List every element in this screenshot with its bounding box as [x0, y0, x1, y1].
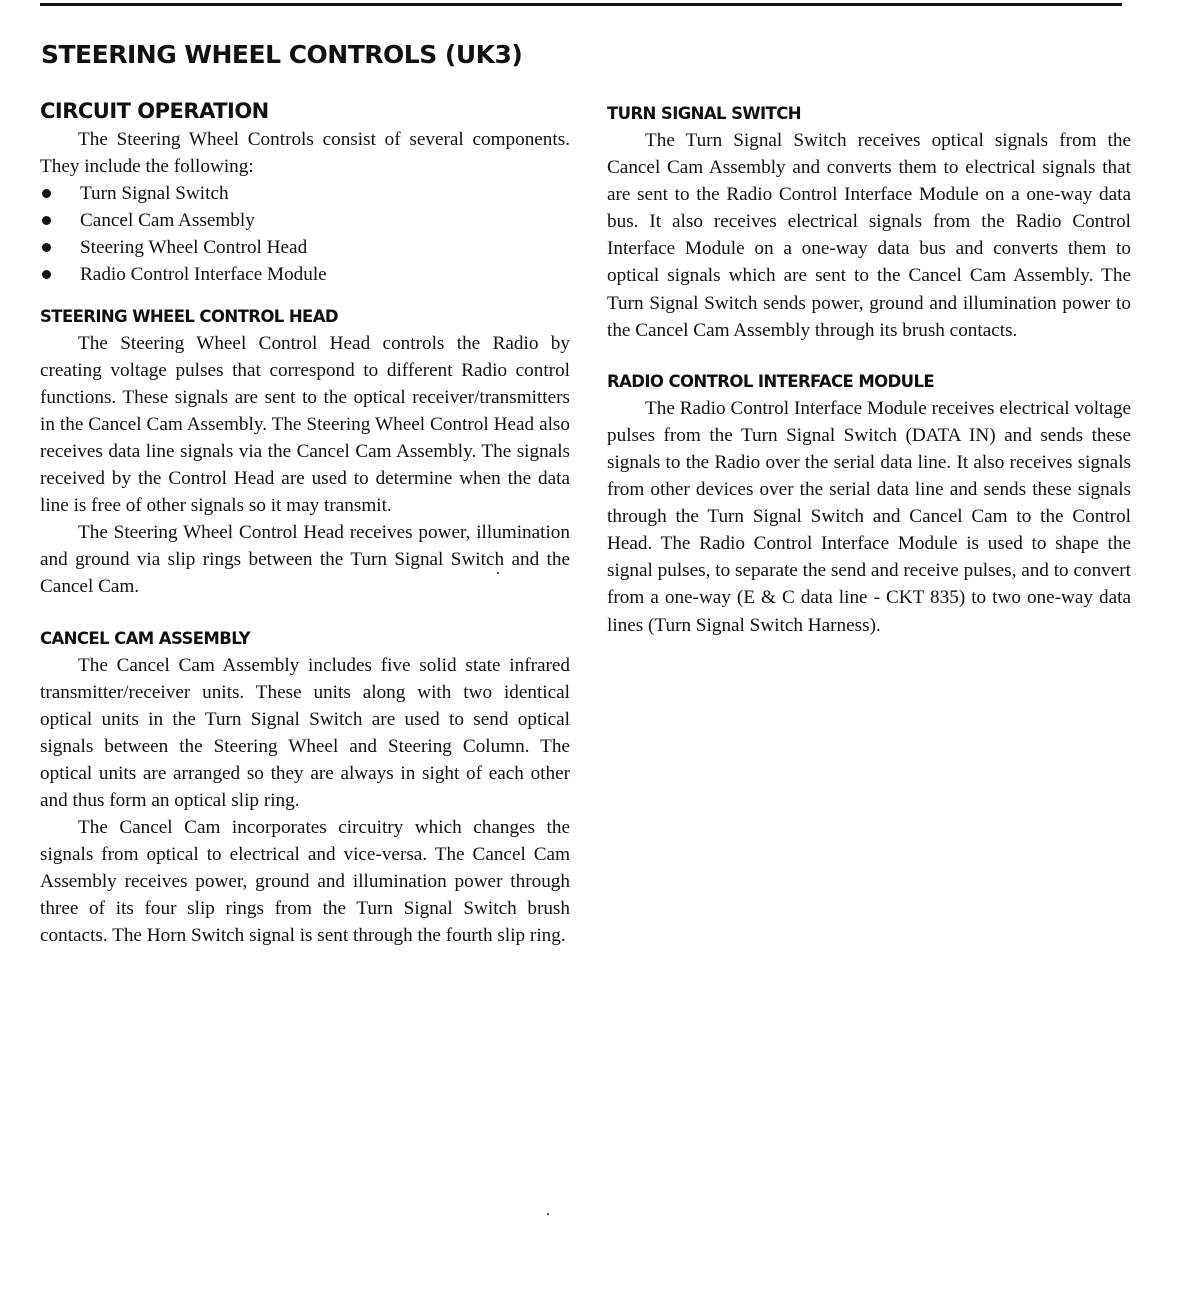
- control-head-heading: STEERING WHEEL CONTROL HEAD: [40, 303, 570, 330]
- list-item: Radio Control Interface Module: [40, 261, 570, 288]
- right-column: TURN SIGNAL SWITCH The Turn Signal Switc…: [607, 100, 1131, 639]
- turn-signal-switch-section: TURN SIGNAL SWITCH The Turn Signal Switc…: [607, 100, 1131, 344]
- circuit-operation-heading: CIRCUIT OPERATION: [40, 96, 570, 126]
- list-item: Steering Wheel Control Head: [40, 234, 570, 261]
- turn-signal-switch-paragraph: The Turn Signal Switch receives optical …: [607, 127, 1131, 344]
- cancel-cam-paragraph: The Cancel Cam incorporates circuitry wh…: [40, 814, 570, 949]
- list-item: Turn Signal Switch: [40, 180, 570, 207]
- components-list: Turn Signal Switch Cancel Cam Assembly S…: [40, 180, 570, 288]
- control-head-paragraph: The Steering Wheel Control Head receives…: [40, 519, 570, 600]
- cancel-cam-paragraph: The Cancel Cam Assembly includes five so…: [40, 652, 570, 815]
- top-rule: [40, 3, 1122, 6]
- turn-signal-switch-heading: TURN SIGNAL SWITCH: [607, 100, 1131, 127]
- control-head-paragraph: The Steering Wheel Control Head controls…: [40, 330, 570, 520]
- cancel-cam-heading: CANCEL CAM ASSEMBLY: [40, 625, 570, 652]
- scan-speck: [547, 1213, 549, 1215]
- circuit-operation-intro: The Steering Wheel Controls consist of s…: [40, 126, 570, 180]
- bullet-icon: [42, 216, 51, 225]
- scan-speck: [497, 572, 499, 574]
- radio-interface-paragraph: The Radio Control Interface Module recei…: [607, 395, 1131, 639]
- circuit-operation-section: CIRCUIT OPERATION The Steering Wheel Con…: [40, 96, 570, 289]
- bullet-icon: [42, 270, 51, 279]
- cancel-cam-section: CANCEL CAM ASSEMBLY The Cancel Cam Assem…: [40, 625, 570, 950]
- radio-interface-section: RADIO CONTROL INTERFACE MODULE The Radio…: [607, 368, 1131, 639]
- left-column: CIRCUIT OPERATION The Steering Wheel Con…: [40, 96, 570, 950]
- page-title: STEERING WHEEL CONTROLS (UK3): [41, 40, 522, 69]
- list-item: Cancel Cam Assembly: [40, 207, 570, 234]
- radio-interface-heading: RADIO CONTROL INTERFACE MODULE: [607, 368, 1131, 395]
- bullet-icon: [42, 189, 51, 198]
- bullet-icon: [42, 243, 51, 252]
- control-head-section: STEERING WHEEL CONTROL HEAD The Steering…: [40, 303, 570, 601]
